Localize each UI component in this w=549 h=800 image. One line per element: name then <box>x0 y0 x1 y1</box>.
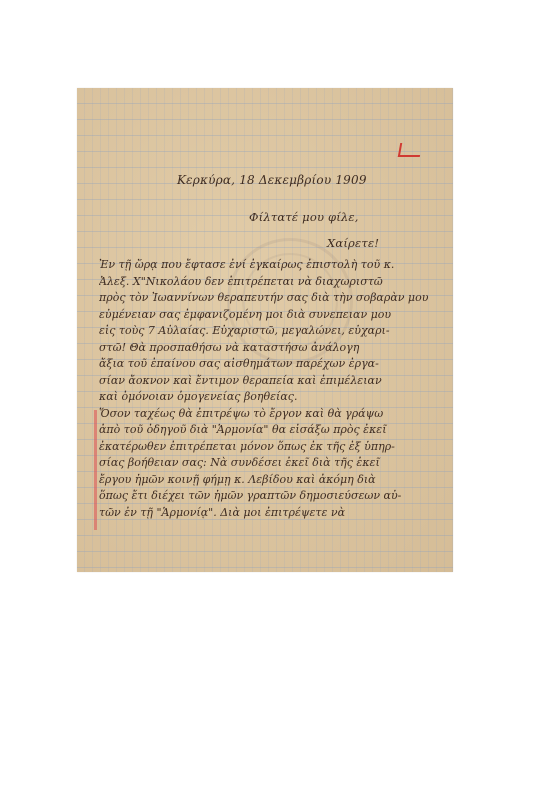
body-line: Ἀλεξ. Χ"Νικολάου δεν ἐπιτρέπεται νὰ διαχ… <box>99 275 444 292</box>
body-line: ἐκατέρωθεν ἐπιτρέπεται μόνον ὅπως ἐκ τῆς… <box>99 440 444 457</box>
body-line: ἄξια τοῦ ἐπαίνου σας αἰσθημάτων παρέχων … <box>99 357 444 374</box>
body-line: ἀπὸ τοῦ ὁδηγοῦ διὰ "Ἁρμονία" θα εἰσάξω π… <box>99 423 444 440</box>
body-line: σίαν ἄοκνον καὶ ἔντιμον θεραπεία καὶ ἐπι… <box>99 374 444 391</box>
body-line: Ἐν τῇ ὥρᾳ που ἔφτασε ἐνί ἐγκαίρως ἐπιστο… <box>99 258 444 275</box>
body-line: στῶ! Θὰ προσπαθήσω νὰ καταστήσω ἀνάλογη <box>99 341 444 358</box>
body-line: σίας βοήθειαν σας: Νὰ συνδέσει ἐκεῖ διὰ … <box>99 456 444 473</box>
body-line: Ὅσον ταχέως θὰ ἐπιτρέψω τὸ ἔργον καὶ θὰ … <box>99 407 444 424</box>
body-line: ἔργου ἡμῶν κοινῇ φήμῃ κ. Λεβίδου καὶ ἀκό… <box>99 473 444 490</box>
letter-date: Κερκύρα, 18 Δεκεμβρίου 1909 <box>177 173 367 187</box>
letter-greeting: Χαίρετε! <box>327 236 379 250</box>
body-line: ὅπως ἔτι διέχει τῶν ἡμῶν γραπτῶν δημοσιε… <box>99 489 444 506</box>
body-line: εὐμένειαν σας ἐμφανιζομένη μοι διὰ συνεπ… <box>99 308 444 325</box>
body-line: καὶ ὁμόνοιαν ὁμογενείας βοηθείας. <box>99 390 444 407</box>
red-margin-line <box>94 410 97 530</box>
body-line: πρὸς τὸν Ἰωαννίνων θεραπευτήν σας διὰ τὴ… <box>99 291 444 308</box>
letter-body: Ἐν τῇ ὥρᾳ που ἔφτασε ἐνί ἐγκαίρως ἐπιστο… <box>99 258 444 522</box>
body-line: εἰς τοὺς 7 Αὐλαίας. Εὐχαριστῶ, μεγαλώνει… <box>99 324 444 341</box>
letter-salutation: Φίλτατέ μου φίλε, <box>249 210 359 224</box>
red-pencil-mark <box>398 143 422 157</box>
body-line: τῶν ἐν τῇ "Ἁρμονίᾳ". Διὰ μοι ἐπιτρέψετε … <box>99 506 444 523</box>
letter-page: Κερκύρα, 18 Δεκεμβρίου 1909 Φίλτατέ μου … <box>77 88 453 572</box>
